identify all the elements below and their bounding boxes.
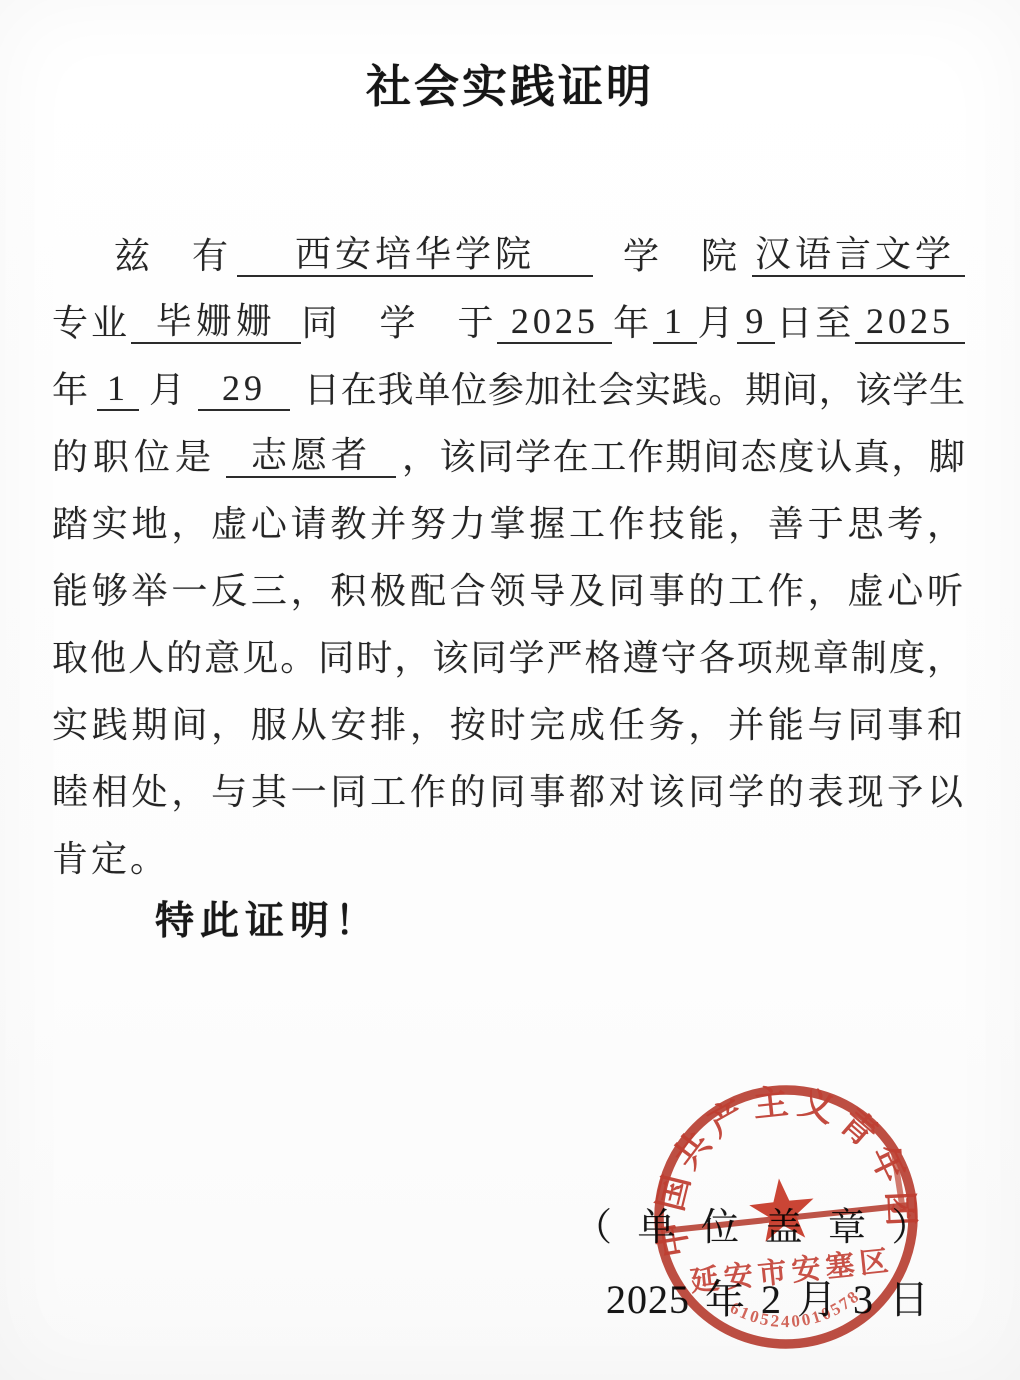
line2-day-to: 日至 [776, 302, 854, 344]
line9-text: 睦相处，与其一同工作的同事都对该同学的表现予以 [52, 771, 965, 813]
stamp-region-text: 延安市安塞区 [689, 1244, 895, 1298]
body-line-5: 踏实地，虚心请教并努力掌握工作技能，善于思考， [52, 478, 965, 545]
certificate-body: 兹 有 西安培华学院 学 院 汉语言文学 专业 毕姗姗 同 学 于 2025 年… [52, 210, 965, 880]
body-line-7: 取他人的意见。同时，该同学严格遵守各项规章制度， [52, 612, 965, 679]
line1-mid: 学 院 [623, 235, 740, 277]
line8-text: 实践期间，服从安排，按时完成任务，并能与同事和 [52, 704, 965, 746]
blank-end-day: 29 [198, 367, 290, 411]
body-line-1: 兹 有 西安培华学院 学 院 汉语言文学 [52, 210, 965, 277]
blank-end-year: 2025 [855, 300, 965, 344]
blank-start-month: 1 [653, 300, 697, 344]
body-line-6: 能够举一反三，积极配合领导及同事的工作，虚心听 [52, 545, 965, 612]
line3-month-char: 月 [149, 369, 188, 411]
line10-text: 肯定。 [52, 838, 169, 880]
blank-start-year: 2025 [497, 300, 612, 344]
line1-pre: 兹 有 [114, 235, 231, 277]
line7-text: 取他人的意见。同时，该同学严格遵守各项规章制度， [52, 637, 965, 679]
line4-rest: ，该同学在工作期间态度认真，脚 [402, 436, 965, 478]
line2-label-major: 专业 [52, 302, 130, 344]
line5-text: 踏实地，虚心请教并努力掌握工作技能，善于思考， [52, 503, 965, 545]
official-stamp: 中国共产主义青年团 延安市安塞区 6105240010578 [621, 1052, 951, 1380]
blank-start-day: 9 [737, 300, 775, 344]
body-line-8: 实践期间，服从安排，按时完成任务，并能与同事和 [52, 679, 965, 746]
line4-position-label: 的职位是 [52, 436, 216, 478]
line2-student-from: 同 学 于 [302, 302, 497, 344]
line3-year-char: 年 [52, 369, 91, 411]
star-icon [747, 1175, 818, 1243]
certificate-title: 社会实践证明 [0, 50, 1020, 115]
body-line-9: 睦相处，与其一同工作的同事都对该同学的表现予以 [52, 746, 965, 813]
blank-position: 志愿者 [226, 434, 396, 478]
certificate-page: 社会实践证明 兹 有 西安培华学院 学 院 汉语言文学 专业 毕姗姗 同 学 于… [0, 0, 1020, 1380]
closing-statement: 特此证明！ [155, 890, 380, 946]
stamp-arc-text: 中国共产主义青年团 [638, 1070, 924, 1261]
line6-text: 能够举一反三，积极配合领导及同事的工作，虚心听 [52, 570, 965, 612]
blank-end-month: 1 [97, 367, 139, 411]
body-line-2: 专业 毕姗姗 同 学 于 2025 年 1 月 9 日至 2025 [52, 277, 965, 344]
line2-year-char: 年 [613, 302, 652, 344]
blank-major: 汉语言文学 [752, 233, 965, 277]
line3-rest: 日在我单位参加社会实践。期间，该学生 [304, 369, 965, 411]
blank-school-name: 西安培华学院 [237, 233, 593, 277]
line2-month-char: 月 [698, 302, 737, 344]
body-line-10: 肯定。 [52, 813, 965, 880]
body-line-3: 年 1 月 29 日在我单位参加社会实践。期间，该学生 [52, 344, 965, 411]
body-line-4: 的职位是 志愿者 ，该同学在工作期间态度认真，脚 [52, 411, 965, 478]
blank-student-name: 毕姗姗 [131, 300, 301, 344]
